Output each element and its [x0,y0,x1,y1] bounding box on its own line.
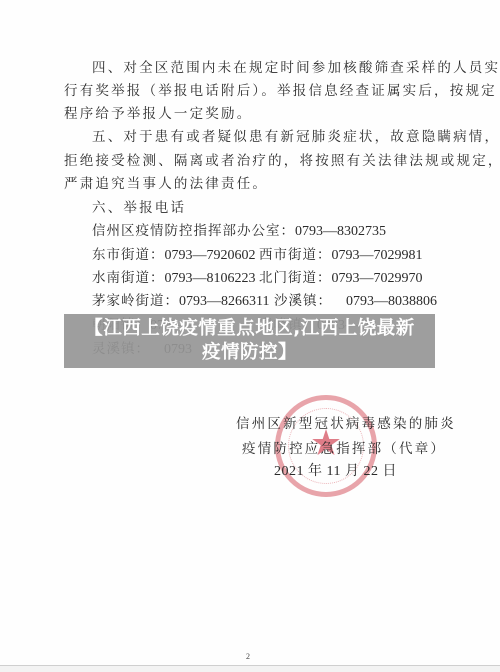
hotline-pair: 北门街道：0793—7029970 [259,269,423,288]
hotline-name: 信州区疫情防控指挥部办公室： [92,223,295,239]
signature-org-line1: 信州区新型冠状病毒感染的肺炎 [236,415,456,433]
section4-line1: 四、对全区范围内未在规定时间参加核酸筛查采样的人员实 [92,59,500,77]
hotline-row: 水南街道：0793—8106223 北门街道：0793—7029970 [92,269,432,288]
hotline-name: 沙溪镇： [274,293,332,309]
hotline-number: 0793—7920602 [165,248,256,263]
hotline-number: 0793—7029970 [332,271,423,286]
section4-line3: 程序给予举报人一定奖励。 [64,105,252,123]
overlay-title: 【江西上饶疫情重点地区,江西上饶最新疫情防控】 [80,317,420,365]
title-overlay-banner: 【江西上饶疫情重点地区,江西上饶最新疫情防控】 [64,314,435,368]
document-page: 四、对全区范围内未在规定时间参加核酸筛查采样的人员实 行有奖举报（举报电话附后）… [0,0,500,672]
hotline-pair: 沙溪镇：0793—8038806 [274,292,437,311]
page-bottom-strip [0,666,500,672]
hotline-number: 0793—7029981 [332,248,423,263]
hotline-row: 信州区疫情防控指挥部办公室：0793—8302735 [92,222,386,241]
hotline-number: 0793—8302735 [295,224,386,239]
hotline-name: 东市街道： [92,247,165,263]
hotline-number: 0793—8266311 [179,294,269,309]
signature-org-line2: 疫情防控应急指挥部（代章） [242,440,446,458]
hotline-row: 东市街道：0793—7920602 西市街道：0793—7029981 [92,246,432,265]
hotline-name: 北门街道： [259,270,332,286]
hotline-pair: 西市街道：0793—7029981 [259,246,423,265]
hotline-row: 茅家岭街道：0793—8266311 沙溪镇：0793—8038806 [92,292,432,311]
hotline-number: 0793—8106223 [165,271,256,286]
hotline-name: 西市街道： [259,247,332,263]
section5-line2: 拒绝接受检测、隔离或者治疗的，将按照有关法律法规或规定， [64,152,500,170]
hotline-number: 0793—8038806 [346,294,437,309]
section5-line3: 严肃追究当事人的法律责任。 [64,175,268,193]
hotline-name: 茅家岭街道： [92,293,179,309]
section4-line2: 行有奖举报（举报电话附后）。举报信息经查证属实后，按规定 [64,82,497,100]
signature-date: 2021 年 11 月 22 日 [274,463,397,481]
section5-line1: 五、对于患有或者疑似患有新冠肺炎症状，故意隐瞒病情， [92,128,500,146]
section6-heading: 六、举报电话 [92,199,186,217]
hotline-name: 水南街道： [92,270,165,286]
page-number: 2 [246,652,250,661]
